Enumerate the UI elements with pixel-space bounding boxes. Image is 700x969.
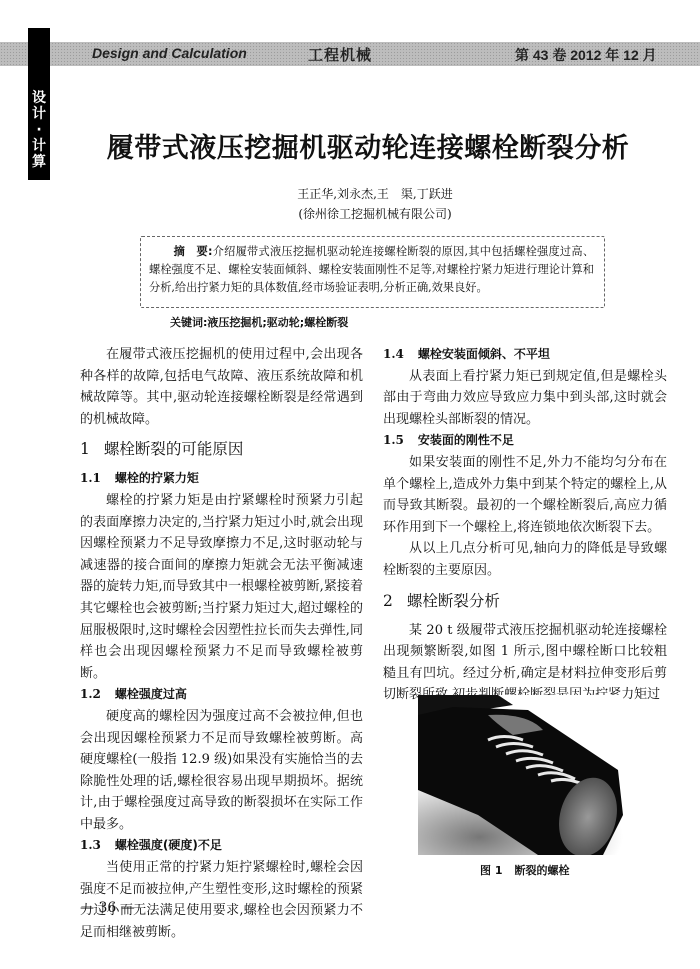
subsection-heading-1-1: 1.1螺栓的拧紧力矩	[80, 468, 363, 490]
subsection-heading-1-5: 1.5安装面的刚性不足	[383, 430, 667, 452]
page-number: — 36 —	[80, 900, 135, 916]
intro-paragraph: 在履带式液压挖掘机的使用过程中,会出现各种各样的故障,包括电气故障、液压系统故障…	[80, 344, 363, 430]
subsection-title: 螺栓安装面倾斜、不平坦	[418, 347, 550, 361]
subsection-heading-1-4: 1.4螺栓安装面倾斜、不平坦	[383, 344, 667, 366]
summary-paragraph: 从以上几点分析可见,轴向力的降低是导致螺栓断裂的主要原因。	[383, 538, 667, 581]
right-column: 1.4螺栓安装面倾斜、不平坦 从表面上看拧紧力矩已到规定值,但是螺栓头部由于弯曲…	[383, 344, 667, 706]
subsection-number: 1.3	[80, 838, 101, 852]
author-block: 王正华,刘永杰,王 渠,丁跃进 (徐州徐工挖掘机械有限公司)	[0, 184, 700, 224]
section-heading-1: 1螺栓断裂的可能原因	[80, 438, 363, 460]
section-heading-2: 2螺栓断裂分析	[383, 590, 667, 612]
subsection-title: 螺栓的拧紧力矩	[115, 471, 199, 485]
paragraph-1-2: 硬度高的螺栓因为强度过高不会被拉伸,但也会出现因螺栓预紧力不足而导致螺栓被剪断。…	[80, 706, 363, 836]
side-tab-char: 计	[28, 106, 50, 122]
side-tab-char: 设	[28, 90, 50, 106]
figure-broken-bolt-photo	[418, 695, 623, 855]
subsection-title: 螺栓强度过高	[115, 687, 187, 701]
subsection-title: 安装面的刚性不足	[418, 433, 514, 447]
section-title: 螺栓断裂分析	[407, 592, 500, 610]
figure-caption: 图 1断裂的螺栓	[480, 862, 569, 878]
subsection-title: 螺栓强度(硬度)不足	[115, 838, 222, 852]
subsection-heading-1-2: 1.2螺栓强度过高	[80, 684, 363, 706]
paragraph-2: 某 20 t 级履带式液压挖掘机驱动轮连接螺栓出现频繁断裂,如图 1 所示,图中…	[383, 620, 667, 706]
subsection-number: 1.2	[80, 687, 101, 701]
left-column: 在履带式液压挖掘机的使用过程中,会出现各种各样的故障,包括电气故障、液压系统故障…	[80, 344, 363, 943]
paper-title-text: 履带式液压挖掘机驱动轮连接螺栓断裂分析	[107, 133, 630, 164]
section-title: 螺栓断裂的可能原因	[104, 440, 244, 458]
subsection-number: 1.5	[383, 433, 404, 447]
header-journal-name: 工程机械	[308, 46, 372, 64]
affiliation: (徐州徐工挖掘机械有限公司)	[25, 204, 700, 224]
header-issue: 第 43 卷 2012 年 12 月	[515, 45, 657, 65]
paragraph-1-5: 如果安装面的刚性不足,外力不能均匀分布在单个螺栓上,造成外力集中到某个特定的螺栓…	[383, 452, 667, 538]
figure-label: 图 1	[480, 864, 502, 877]
paper-title: 履带式液压挖掘机驱动轮连接螺栓断裂分析	[0, 126, 700, 165]
abstract-text: 介绍履带式液压挖掘机驱动轮连接螺栓断裂的原因,其中包括螺栓强度过高、螺栓强度不足…	[149, 245, 594, 294]
subsection-number: 1.4	[383, 347, 404, 361]
abstract-label: 摘 要:	[174, 245, 213, 258]
abstract: 摘 要:介绍履带式液压挖掘机驱动轮连接螺栓断裂的原因,其中包括螺栓强度过高、螺栓…	[141, 237, 604, 297]
running-header: Design and Calculation 工程机械 第 43 卷 2012 …	[0, 42, 700, 66]
figure-caption-text: 断裂的螺栓	[514, 864, 569, 877]
section-number: 2	[383, 592, 393, 610]
paragraph-1-4: 从表面上看拧紧力矩已到规定值,但是螺栓头部由于弯曲力效应导致应力集中到头部,这时…	[383, 366, 667, 431]
abstract-box: 摘 要:介绍履带式液压挖掘机驱动轮连接螺栓断裂的原因,其中包括螺栓强度过高、螺栓…	[140, 236, 605, 308]
paragraph-1-1: 螺栓的拧紧力矩是由拧紧螺栓时预紧力引起的表面摩擦力决定的,当拧紧力矩过小时,就会…	[80, 490, 363, 684]
subsection-heading-1-3: 1.3螺栓强度(硬度)不足	[80, 835, 363, 857]
keywords: 关键词:液压挖掘机;驱动轮;螺栓断裂	[170, 314, 348, 330]
section-number: 1	[80, 440, 90, 458]
subsection-number: 1.1	[80, 471, 101, 485]
authors: 王正华,刘永杰,王 渠,丁跃进	[25, 184, 700, 204]
